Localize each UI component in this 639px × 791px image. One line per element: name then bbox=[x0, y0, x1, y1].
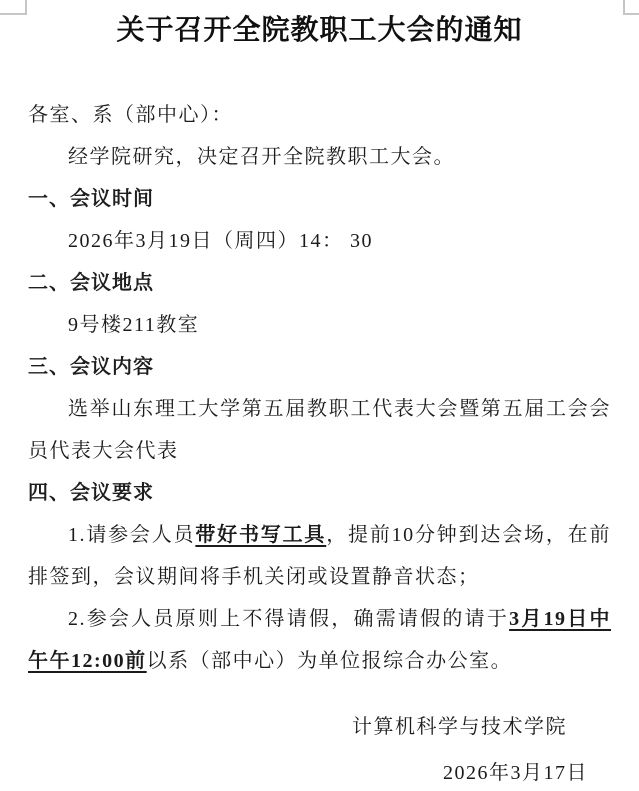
crop-mark-top-left bbox=[0, 0, 27, 15]
requirement-1-emphasis: 带好书写工具 bbox=[195, 524, 326, 546]
requirement-2-text: 2.参会人员原则上不得请假，确需请假的请于 bbox=[68, 608, 509, 630]
requirement-1-text: 1.请参会人员 bbox=[68, 524, 195, 546]
signature-block: 计算机科学与技术学院 2026年3月17日 bbox=[28, 704, 611, 791]
requirement-paragraph-1: 1.请参会人员带好书写工具，提前10分钟到达会场，在前排签到，会议期间将手机关闭… bbox=[28, 514, 611, 598]
notice-document: 关于召开全院教职工大会的通知 各室、系（部中心）： 经学院研究，决定召开全院教职… bbox=[0, 0, 639, 791]
section-heading-requirements: 四、会议要求 bbox=[28, 472, 611, 514]
section-body-content: 选举山东理工大学第五届教职工代表大会暨第五届工会会员代表大会代表 bbox=[28, 388, 611, 472]
crop-mark-top-right bbox=[623, 0, 639, 15]
signature-date: 2026年3月17日 bbox=[28, 750, 611, 791]
section-heading-content: 三、会议内容 bbox=[28, 346, 611, 388]
section-heading-time: 一、会议时间 bbox=[28, 178, 611, 220]
section-heading-place: 二、会议地点 bbox=[28, 262, 611, 304]
section-body-place: 9号楼211教室 bbox=[28, 304, 611, 346]
requirement-2-text-rest: 以系（部中心）为单位报综合办公室。 bbox=[147, 650, 513, 672]
section-body-time: 2026年3月19日（周四）14： 30 bbox=[28, 220, 611, 262]
requirement-paragraph-2: 2.参会人员原则上不得请假，确需请假的请于3月19日中午午12:00前以系（部中… bbox=[28, 598, 611, 682]
signature-organization: 计算机科学与技术学院 bbox=[28, 704, 611, 750]
intro-paragraph: 经学院研究，决定召开全院教职工大会。 bbox=[28, 136, 611, 178]
notice-title: 关于召开全院教职工大会的通知 bbox=[0, 12, 639, 50]
salutation: 各室、系（部中心）： bbox=[28, 94, 611, 136]
notice-body: 各室、系（部中心）： 经学院研究，决定召开全院教职工大会。 一、会议时间 202… bbox=[0, 94, 639, 791]
